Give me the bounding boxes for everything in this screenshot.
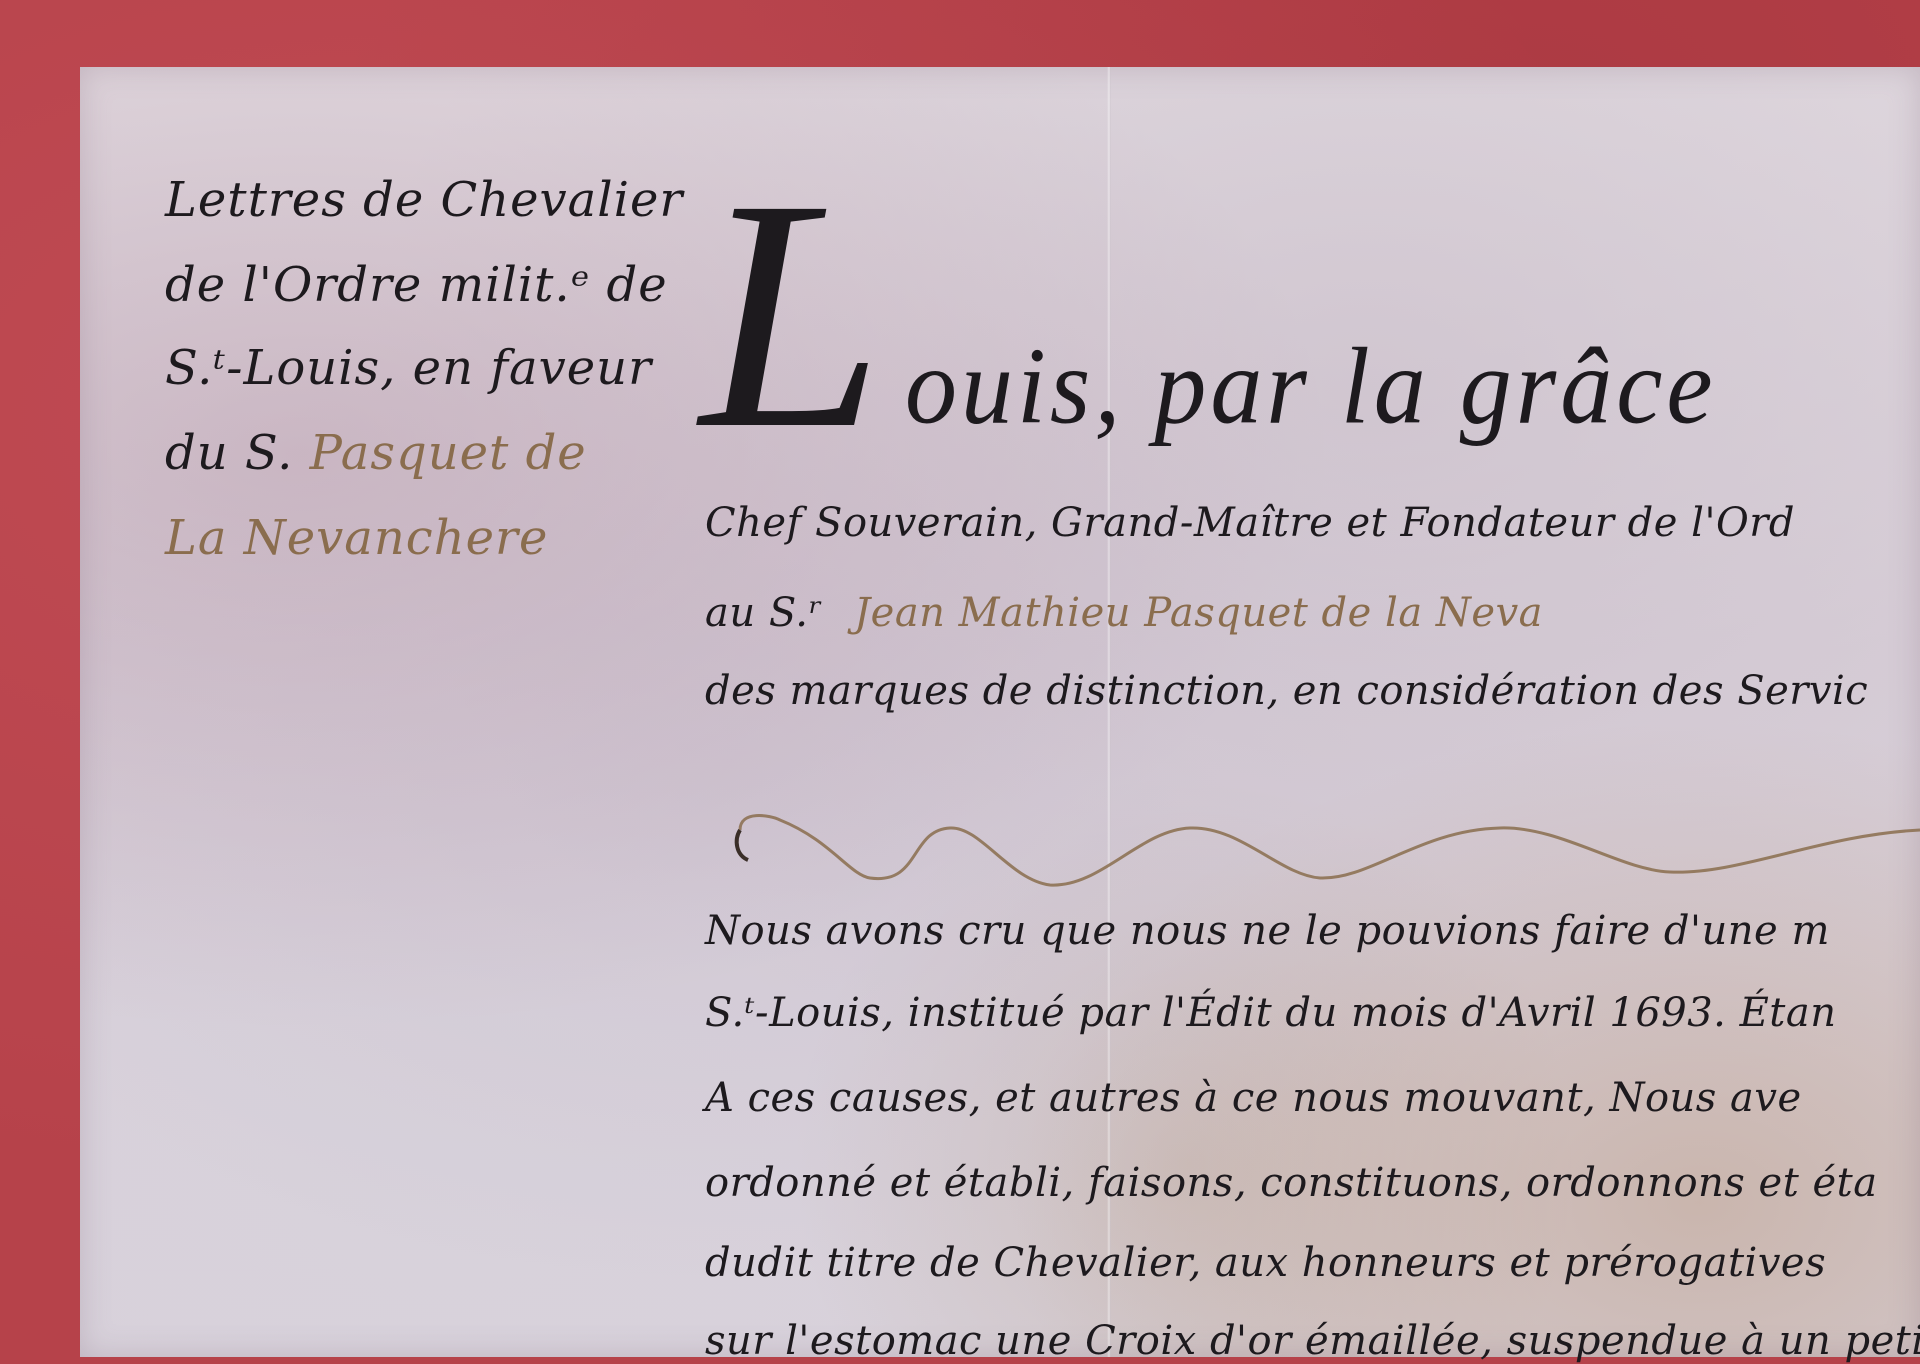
margin-line-3: S.ᵗ-Louis, en faveur (165, 340, 652, 396)
margin-line-2: de l'Ordre milit.ᵉ de (165, 257, 668, 313)
body-line-5: S.ᵗ-Louis, institué par l'Édit du mois d… (705, 990, 1837, 1036)
body-line-7: ordonné et établi, faisons, constituons,… (705, 1160, 1878, 1206)
margin-line-5: La Nevanchere (165, 510, 548, 566)
body-line-1: Chef Souverain, Grand-Maître et Fondateu… (705, 500, 1795, 546)
red-mat-border: Lettres de Chevalier de l'Ordre milit.ᵉ … (0, 0, 1920, 1357)
heading-initial-L: L (700, 150, 884, 480)
calligraphic-flourish-icon (720, 800, 1920, 890)
recipient-name: Jean Mathieu Pasquet de la Neva (854, 590, 1543, 636)
body-line-2: au S.ʳ Jean Mathieu Pasquet de la Neva (705, 590, 1543, 636)
margin-line-1: Lettres de Chevalier (165, 172, 683, 228)
body-line-6: A ces causes, et autres à ce nous mouvan… (705, 1075, 1802, 1121)
body-line-4: Nous avons cru que nous ne le pouvions f… (705, 908, 1830, 954)
body-line-9: sur l'estomac une Croix d'or émaillée, s… (705, 1318, 1920, 1357)
body-line-8: dudit titre de Chevalier, aux honneurs e… (705, 1240, 1826, 1286)
body-prefix: au S.ʳ (705, 590, 823, 636)
margin-prefix: du S. (165, 425, 293, 481)
body-line-3: des marques de distinction, en considéra… (705, 668, 1868, 714)
heading-text: ouis, par la grâce (905, 324, 1717, 449)
margin-recipient-name: Pasquet de (310, 425, 587, 481)
margin-line-4: du S. Pasquet de (165, 425, 587, 481)
